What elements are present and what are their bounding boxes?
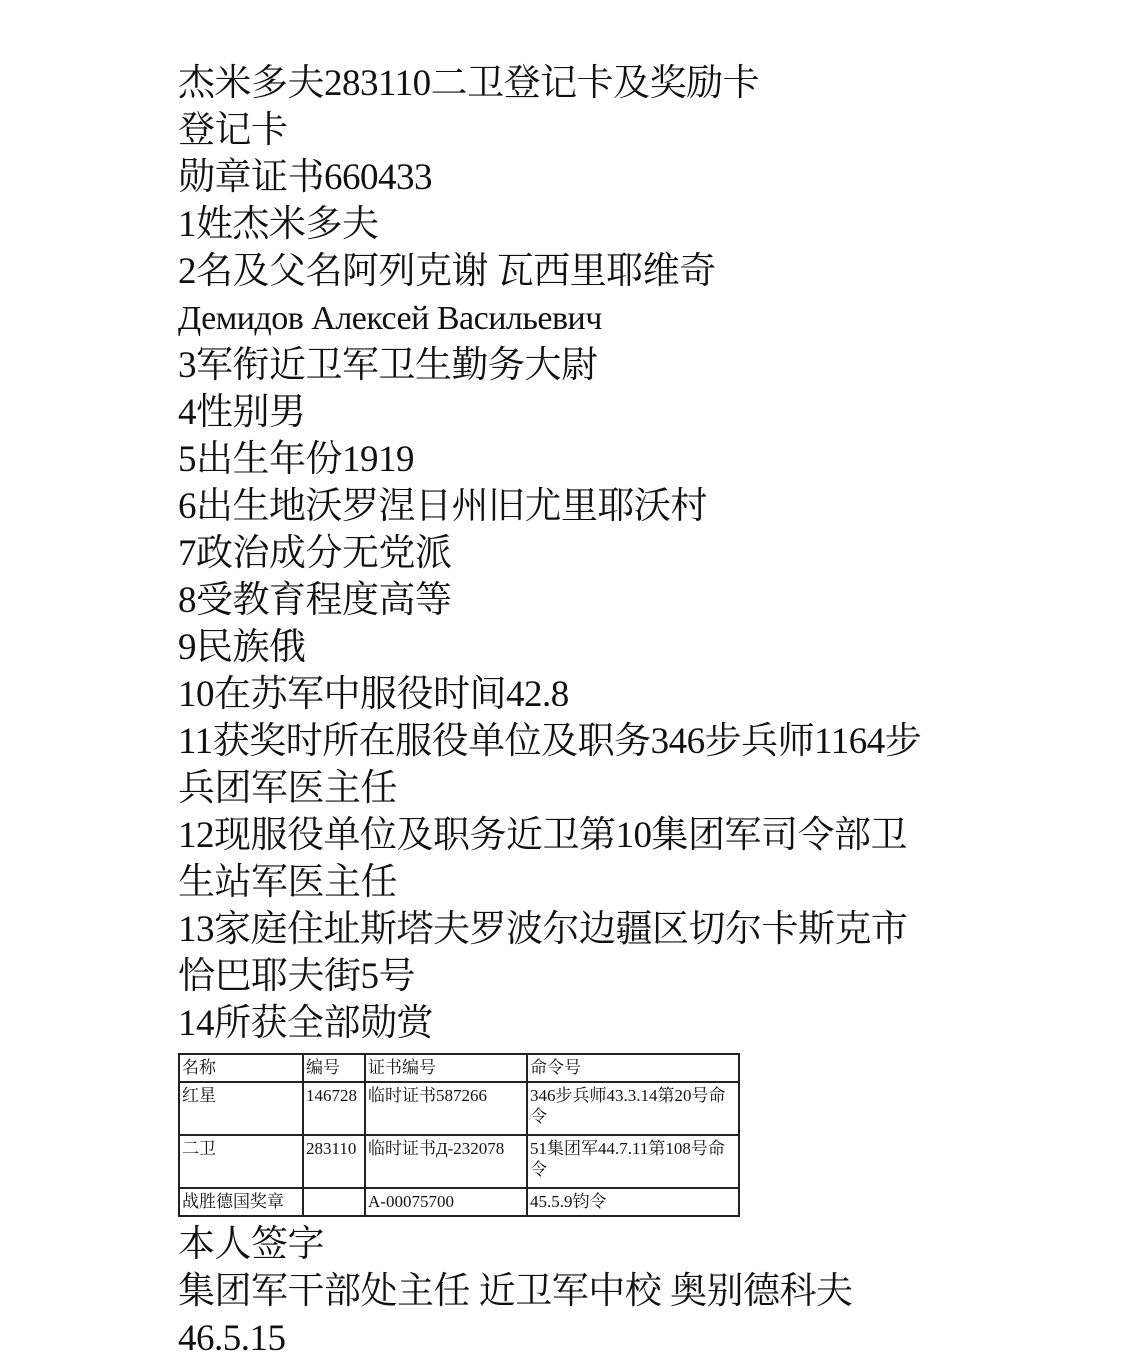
table-header-row: 名称 编号 证书编号 命令号 — [179, 1054, 739, 1082]
cell-award-name: 红星 — [179, 1082, 303, 1135]
field-gender: 4性别男 — [178, 389, 1008, 436]
table-row: 二卫 283110 临时证书Д-232078 51集团军44.7.11第108号… — [179, 1135, 739, 1188]
table-row: 战胜德国奖章 A-00075700 45.5.9钧令 — [179, 1188, 739, 1216]
field-home-address: 13家庭住址斯塔夫罗波尔边疆区切尔卡斯克市 — [178, 906, 1008, 953]
cell-award-number — [303, 1188, 365, 1216]
field-rank: 3军衔近卫军卫生勤务大尉 — [178, 342, 1008, 389]
field-unit-at-award: 11获奖时所在服役单位及职务346步兵师1164步 — [178, 718, 1008, 765]
header-certificate: 证书编号 — [365, 1054, 527, 1082]
certificate-number: 勋章证书660433 — [178, 154, 1008, 201]
signing-officer: 集团军干部处主任 近卫军中校 奥别德科夫 — [178, 1268, 1008, 1315]
field-russian-name: Демидов Алексей Васильевич — [178, 295, 1008, 342]
field-nationality: 9民族俄 — [178, 624, 1008, 671]
field-party: 7政治成分无党派 — [178, 530, 1008, 577]
field-birthplace: 6出生地沃罗涅日州旧尤里耶沃村 — [178, 483, 1008, 530]
header-number: 编号 — [303, 1054, 365, 1082]
header-order: 命令号 — [527, 1054, 739, 1082]
field-current-unit-cont: 生站军医主任 — [178, 859, 1008, 906]
document-subtitle: 登记卡 — [178, 107, 1008, 154]
header-name: 名称 — [179, 1054, 303, 1082]
cell-certificate: 临时证书Д-232078 — [365, 1135, 527, 1188]
cell-award-number: 283110 — [303, 1135, 365, 1188]
cell-order: 51集团军44.7.11第108号命令 — [527, 1135, 739, 1188]
field-name-patronymic: 2名及父名阿列克谢 瓦西里耶维奇 — [178, 248, 1008, 295]
registration-card-document: 杰米多夫283110二卫登记卡及奖励卡 登记卡 勋章证书660433 1姓杰米多… — [178, 60, 1008, 1361]
cell-award-number: 146728 — [303, 1082, 365, 1135]
field-all-awards: 14所获全部勋赏 — [178, 1000, 1008, 1047]
field-service-start: 10在苏军中服役时间42.8 — [178, 671, 1008, 718]
signature-label: 本人签字 — [178, 1221, 1008, 1268]
signing-date: 46.5.15 — [178, 1315, 1008, 1361]
field-unit-at-award-cont: 兵团军医主任 — [178, 765, 1008, 812]
field-home-address-cont: 恰巴耶夫街5号 — [178, 953, 1008, 1000]
cell-order: 45.5.9钧令 — [527, 1188, 739, 1216]
cell-certificate: A-00075700 — [365, 1188, 527, 1216]
awards-table: 名称 编号 证书编号 命令号 红星 146728 临时证书587266 346步… — [178, 1053, 740, 1217]
cell-award-name: 二卫 — [179, 1135, 303, 1188]
field-surname: 1姓杰米多夫 — [178, 201, 1008, 248]
cell-award-name: 战胜德国奖章 — [179, 1188, 303, 1216]
cell-certificate: 临时证书587266 — [365, 1082, 527, 1135]
field-birth-year: 5出生年份1919 — [178, 436, 1008, 483]
cell-order: 346步兵师43.3.14第20号命令 — [527, 1082, 739, 1135]
field-education: 8受教育程度高等 — [178, 577, 1008, 624]
table-row: 红星 146728 临时证书587266 346步兵师43.3.14第20号命令 — [179, 1082, 739, 1135]
document-title: 杰米多夫283110二卫登记卡及奖励卡 — [178, 60, 1008, 107]
field-current-unit: 12现服役单位及职务近卫第10集团军司令部卫 — [178, 812, 1008, 859]
